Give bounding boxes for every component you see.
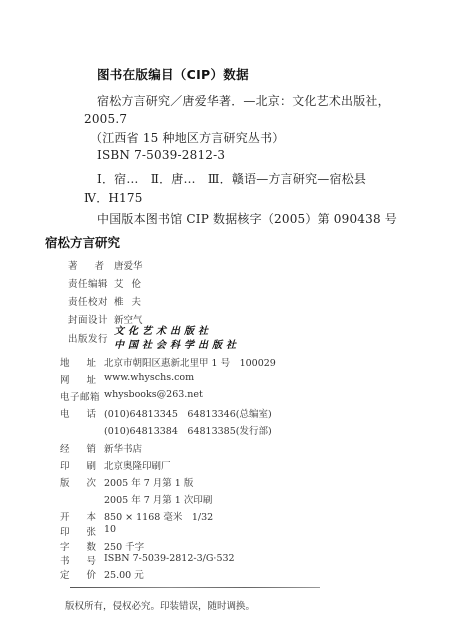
credit-value-proofreader: 椎夫 [114,294,149,308]
info-value-address: 北京市朝阳区惠新北里甲 1 号 100029 [104,355,276,369]
info-value-distributor: 新华书店 [104,441,142,455]
credit-value-author: 唐爱华 [114,258,143,272]
publisher-logo-wenhua: 文化艺术出版社 [114,322,212,337]
publisher-label: 出版发行 [68,331,108,345]
cip-line-isbn: ISBN 7-5039-2812-3 [97,148,225,162]
info-value-printer: 北京奥隆印刷厂 [104,458,171,472]
credit-label-proofreader: 责任校对 [68,294,108,308]
info-label-email: 电子邮箱 [60,389,100,403]
info-value-word-count: 250 千字 [104,539,144,553]
info-value-email: whysbooks@263.net [104,389,203,400]
divider-rule [70,587,320,588]
info-value-phone-editorial: (010)64813345 64813346(总编室) [104,406,272,420]
info-value-price: 25.00 元 [104,567,144,581]
info-value-format: 850 × 1168 毫米 1/32 [104,509,213,523]
info-value-phone-distribution: (010)64813384 64813385(发行部) [104,423,272,437]
cip-line-series: （江西省 15 种地区方言研究丛书） [90,129,285,146]
cip-heading: 图书在版编目（CIP）数据 [97,65,249,83]
copyright-notice: 版权所有，侵权必究。印装错误，随时调换。 [65,598,255,612]
cip-line-date: 2005.7 [84,112,127,126]
credit-label-editor: 责任编辑 [68,276,108,290]
info-value-sheets: 10 [104,524,116,535]
credit-value-editor: 艾伦 [114,276,149,290]
info-value-printing: 2005 年 7 月第 1 次印刷 [104,492,212,506]
info-value-edition: 2005 年 7 月第 1 版 [104,475,193,489]
info-value-website: www.whyschs.com [104,372,194,383]
info-value-book-number: ISBN 7-5039-2812-3/G·532 [104,553,235,564]
cip-line-subjects: Ⅰ．宿… Ⅱ．唐… Ⅲ．赣语—方言研究—宿松县 [97,170,366,187]
cip-line-classification: Ⅳ．H175 [84,189,143,206]
credit-label-cover-design: 封面设计 [68,312,108,326]
cip-line-record-number: 中国版本图书馆 CIP 数据核字（2005）第 090438 号 [97,210,397,227]
cip-line-title: 宿松方言研究／唐爱华著．—北京：文化艺术出版社， [97,92,390,109]
publisher-logo-shekeyuan: 中国社会科学出版社 [114,336,240,351]
book-title: 宿松方言研究 [45,233,120,251]
